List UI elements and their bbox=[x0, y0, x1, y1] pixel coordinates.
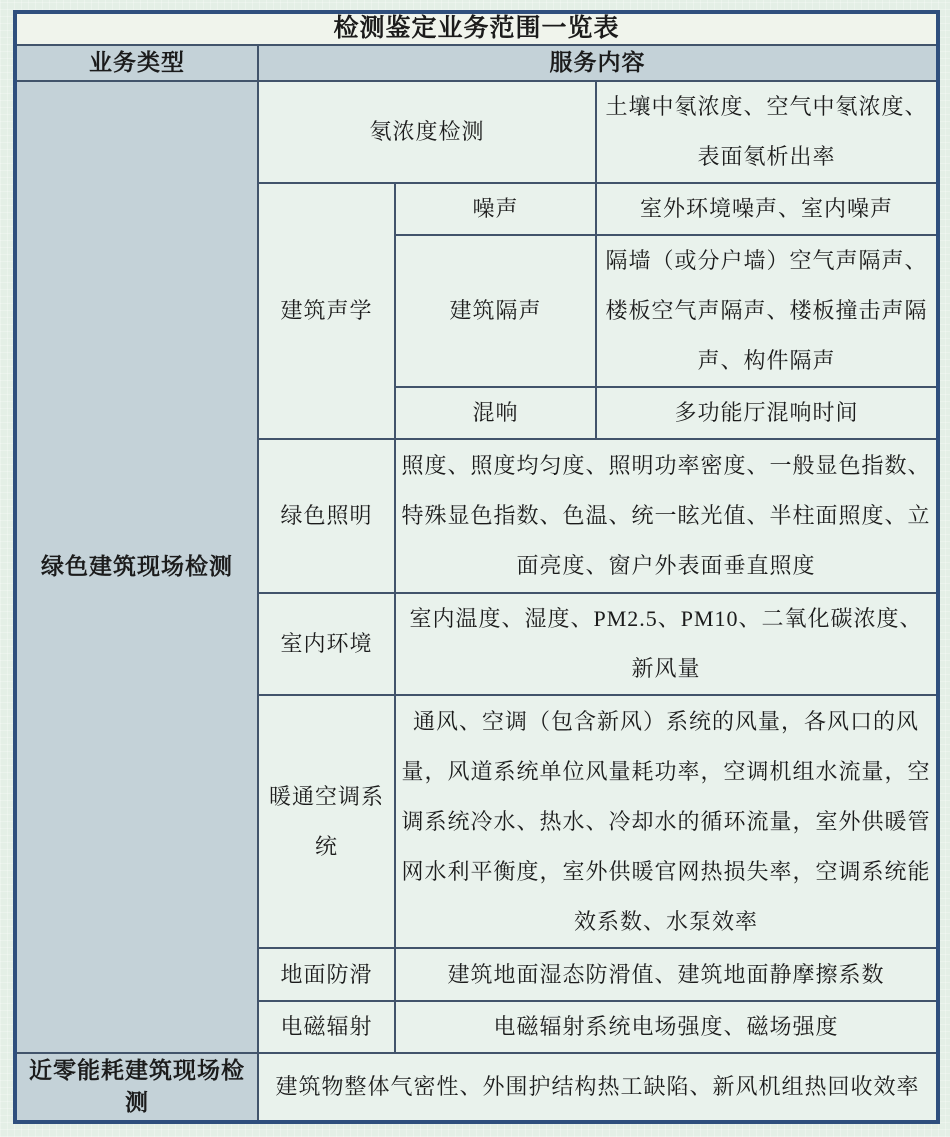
content-noise: 室外环境噪声、室内噪声 bbox=[596, 183, 938, 235]
header-business-type: 业务类型 bbox=[15, 45, 258, 81]
content-emf: 电磁辐射系统电场强度、磁场强度 bbox=[395, 1001, 938, 1053]
title-row: 检测鉴定业务范围一览表 bbox=[15, 12, 938, 45]
content-radon: 土壤中氡浓度、空气中氡浓度、表面氡析出率 bbox=[596, 81, 938, 183]
subcategory-emf: 电磁辐射 bbox=[258, 1001, 395, 1053]
subcategory-noise: 噪声 bbox=[395, 183, 596, 235]
header-service-content: 服务内容 bbox=[258, 45, 938, 81]
content-lighting: 照度、照度均匀度、照明功率密度、一般显色指数、特殊显色指数、色温、统一眩光值、半… bbox=[395, 439, 938, 593]
table-row-radon: 绿色建筑现场检测 氡浓度检测 土壤中氡浓度、空气中氡浓度、表面氡析出率 bbox=[15, 81, 938, 183]
category-green-building: 绿色建筑现场检测 bbox=[15, 81, 258, 1053]
content-indoor-env: 室内温度、湿度、PM2.5、PM10、二氧化碳浓度、新风量 bbox=[395, 593, 938, 695]
subcategory-lighting: 绿色照明 bbox=[258, 439, 395, 593]
content-hvac: 通风、空调（包含新风）系统的风量，各风口的风量，风道系统单位风量耗功率，空调机组… bbox=[395, 695, 938, 948]
subcategory-indoor-env: 室内环境 bbox=[258, 593, 395, 695]
content-reverberation: 多功能厅混响时间 bbox=[596, 387, 938, 439]
subcategory-acoustics: 建筑声学 bbox=[258, 183, 395, 439]
category-nzeb: 近零能耗建筑现场检测 bbox=[15, 1053, 258, 1122]
content-insulation: 隔墙（或分户墙）空气声隔声、楼板空气声隔声、楼板撞击声隔声、构件隔声 bbox=[596, 235, 938, 387]
business-scope-table: 检测鉴定业务范围一览表 业务类型 服务内容 绿色建筑现场检测 氡浓度检测 土壤中… bbox=[13, 10, 940, 1124]
header-row: 业务类型 服务内容 bbox=[15, 45, 938, 81]
content-anti-slip: 建筑地面湿态防滑值、建筑地面静摩擦系数 bbox=[395, 948, 938, 1001]
subcategory-radon: 氡浓度检测 bbox=[258, 81, 596, 183]
subcategory-hvac: 暖通空调系统 bbox=[258, 695, 395, 948]
content-nzeb: 建筑物整体气密性、外围护结构热工缺陷、新风机组热回收效率 bbox=[258, 1053, 938, 1122]
subcategory-insulation: 建筑隔声 bbox=[395, 235, 596, 387]
table-row-nzeb: 近零能耗建筑现场检测 建筑物整体气密性、外围护结构热工缺陷、新风机组热回收效率 bbox=[15, 1053, 938, 1122]
document-page: 检测鉴定业务范围一览表 业务类型 服务内容 绿色建筑现场检测 氡浓度检测 土壤中… bbox=[0, 0, 950, 1137]
subcategory-reverberation: 混响 bbox=[395, 387, 596, 439]
table-title: 检测鉴定业务范围一览表 bbox=[15, 12, 938, 45]
subcategory-anti-slip: 地面防滑 bbox=[258, 948, 395, 1001]
